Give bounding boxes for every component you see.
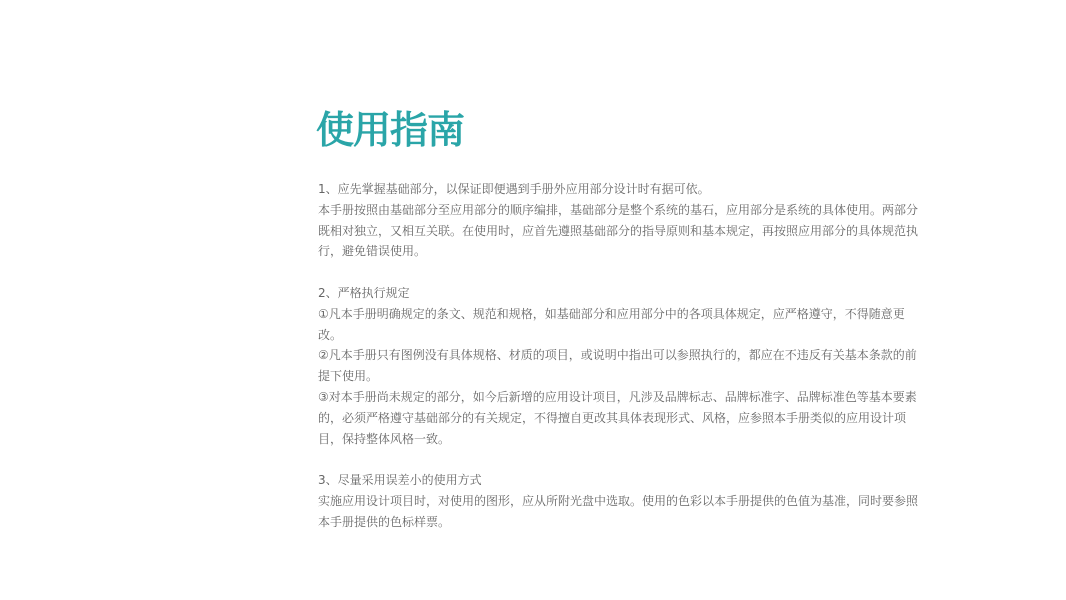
section-paragraph: ②凡本手册只有图例没有具体规格、材质的项目，或说明中指出可以参照执行的，都应在不… — [318, 345, 918, 387]
section-2: 2、严格执行规定 ①凡本手册明确规定的条文、规范和规格，如基础部分和应用部分中的… — [318, 283, 918, 449]
section-paragraph: 实施应用设计项目时，对使用的图形，应从所附光盘中选取。使用的色彩以本手册提供的色… — [318, 491, 918, 533]
section-paragraph: 本手册按照由基础部分至应用部分的顺序编排，基础部分是整个系统的基石，应用部分是系… — [318, 200, 918, 262]
section-3: 3、尽量采用误差小的使用方式 实施应用设计项目时，对使用的图形，应从所附光盘中选… — [318, 470, 918, 532]
guide-content: 1、应先掌握基础部分，以保证即便遇到手册外应用部分设计时有据可依。 本手册按照由… — [318, 179, 918, 553]
section-paragraph: ①凡本手册明确规定的条文、规范和规格，如基础部分和应用部分中的各项具体规定，应严… — [318, 304, 918, 346]
section-1: 1、应先掌握基础部分，以保证即便遇到手册外应用部分设计时有据可依。 本手册按照由… — [318, 179, 918, 262]
section-heading: 1、应先掌握基础部分，以保证即便遇到手册外应用部分设计时有据可依。 — [318, 179, 918, 200]
section-heading: 3、尽量采用误差小的使用方式 — [318, 470, 918, 491]
page-title: 使用指南 — [316, 104, 464, 156]
section-paragraph: ③对本手册尚未规定的部分，如今后新增的应用设计项目，凡涉及品牌标志、品牌标准字、… — [318, 387, 918, 449]
section-heading: 2、严格执行规定 — [318, 283, 918, 304]
